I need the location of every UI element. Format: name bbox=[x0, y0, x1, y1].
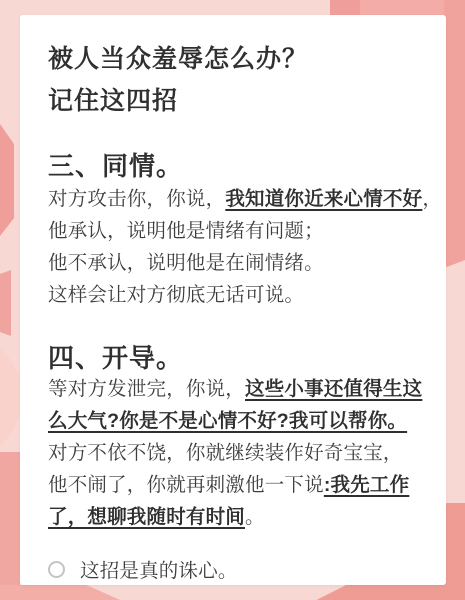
post-title-line-2: 记住这四招 bbox=[48, 80, 438, 122]
text-segment: 对方攻击你，你说， bbox=[48, 188, 225, 210]
body-line: 这样会让对方彻底无话可说。 bbox=[48, 279, 438, 311]
body-line: 了，想聊我随时有时间。 bbox=[48, 501, 438, 533]
text-segment: 等对方发泄完，你说， bbox=[48, 378, 245, 400]
bg-circle-left bbox=[0, 332, 22, 462]
bg-strip-bottom-right bbox=[300, 585, 465, 600]
emphasized-text-segment: 我知道你近来心情不好 bbox=[225, 188, 422, 210]
text-segment: 这样会让对方彻底无话可说。 bbox=[48, 284, 304, 306]
body-line: 对方不依不饶，你就继续装作好奇宝宝， bbox=[48, 437, 438, 469]
text-segment: 对方不依不饶，你就继续装作好奇宝宝， bbox=[48, 442, 403, 464]
text-segment: ， bbox=[422, 188, 442, 210]
body-line: 对方攻击你，你说，我知道你近来心情不好， bbox=[48, 183, 438, 215]
bullet-text: 这招是真的诛心。 bbox=[80, 555, 238, 583]
bullet-circle-icon bbox=[48, 561, 65, 578]
bg-shape-left-middle bbox=[0, 270, 11, 336]
body-line: 他承认，说明他是情绪有问题； bbox=[48, 215, 438, 247]
text-segment: 他不承认，说明他是在闹情绪。 bbox=[48, 252, 324, 274]
content-card: 被人当众羞辱怎么办？ 记住这四招 三、同情。 对方攻击你，你说，我知道你近来心情… bbox=[20, 15, 446, 585]
section-3-body: 对方攻击你，你说，我知道你近来心情不好， 他承认，说明他是情绪有问题； 他不承认… bbox=[48, 183, 438, 311]
text-segment: 他不闹了，你就再刺激他一下说 bbox=[48, 474, 324, 496]
section-4-heading: 四、开导。 bbox=[48, 338, 438, 375]
emphasized-text-segment: 这些小事还值得生这 bbox=[245, 378, 422, 400]
post-title-line-1: 被人当众羞辱怎么办？ bbox=[48, 38, 438, 80]
body-line: 他不闹了，你就再刺激他一下说:我先工作 bbox=[48, 469, 438, 501]
section-3-heading: 三、同情。 bbox=[48, 146, 438, 183]
bullet-list-item: 这招是真的诛心。 bbox=[48, 555, 438, 583]
bg-strip-bottom-left bbox=[0, 585, 120, 600]
text-segment: 。 bbox=[245, 506, 265, 528]
bg-strip-right-top bbox=[444, 0, 465, 268]
bg-shape-left-upper bbox=[0, 124, 14, 236]
bg-strip-right-bottom bbox=[444, 503, 465, 600]
emphasized-text-segment: 么大气?你是不是心情不好?我可以帮你。 bbox=[48, 410, 407, 432]
post-title: 被人当众羞辱怎么办？ 记住这四招 bbox=[48, 38, 438, 122]
emphasized-text-segment: 了，想聊我随时有时间 bbox=[48, 506, 245, 528]
body-line: 么大气?你是不是心情不好?我可以帮你。 bbox=[48, 405, 438, 437]
body-line: 他不承认，说明他是在闹情绪。 bbox=[48, 247, 438, 279]
bg-strip-left-bottom bbox=[0, 452, 20, 600]
body-line: 等对方发泄完，你说，这些小事还值得生这 bbox=[48, 373, 438, 405]
text-segment: 他承认，说明他是情绪有问题； bbox=[48, 220, 324, 242]
section-4-body: 等对方发泄完，你说，这些小事还值得生这 么大气?你是不是心情不好?我可以帮你。 … bbox=[48, 373, 438, 533]
emphasized-text-segment: :我先工作 bbox=[324, 474, 410, 496]
